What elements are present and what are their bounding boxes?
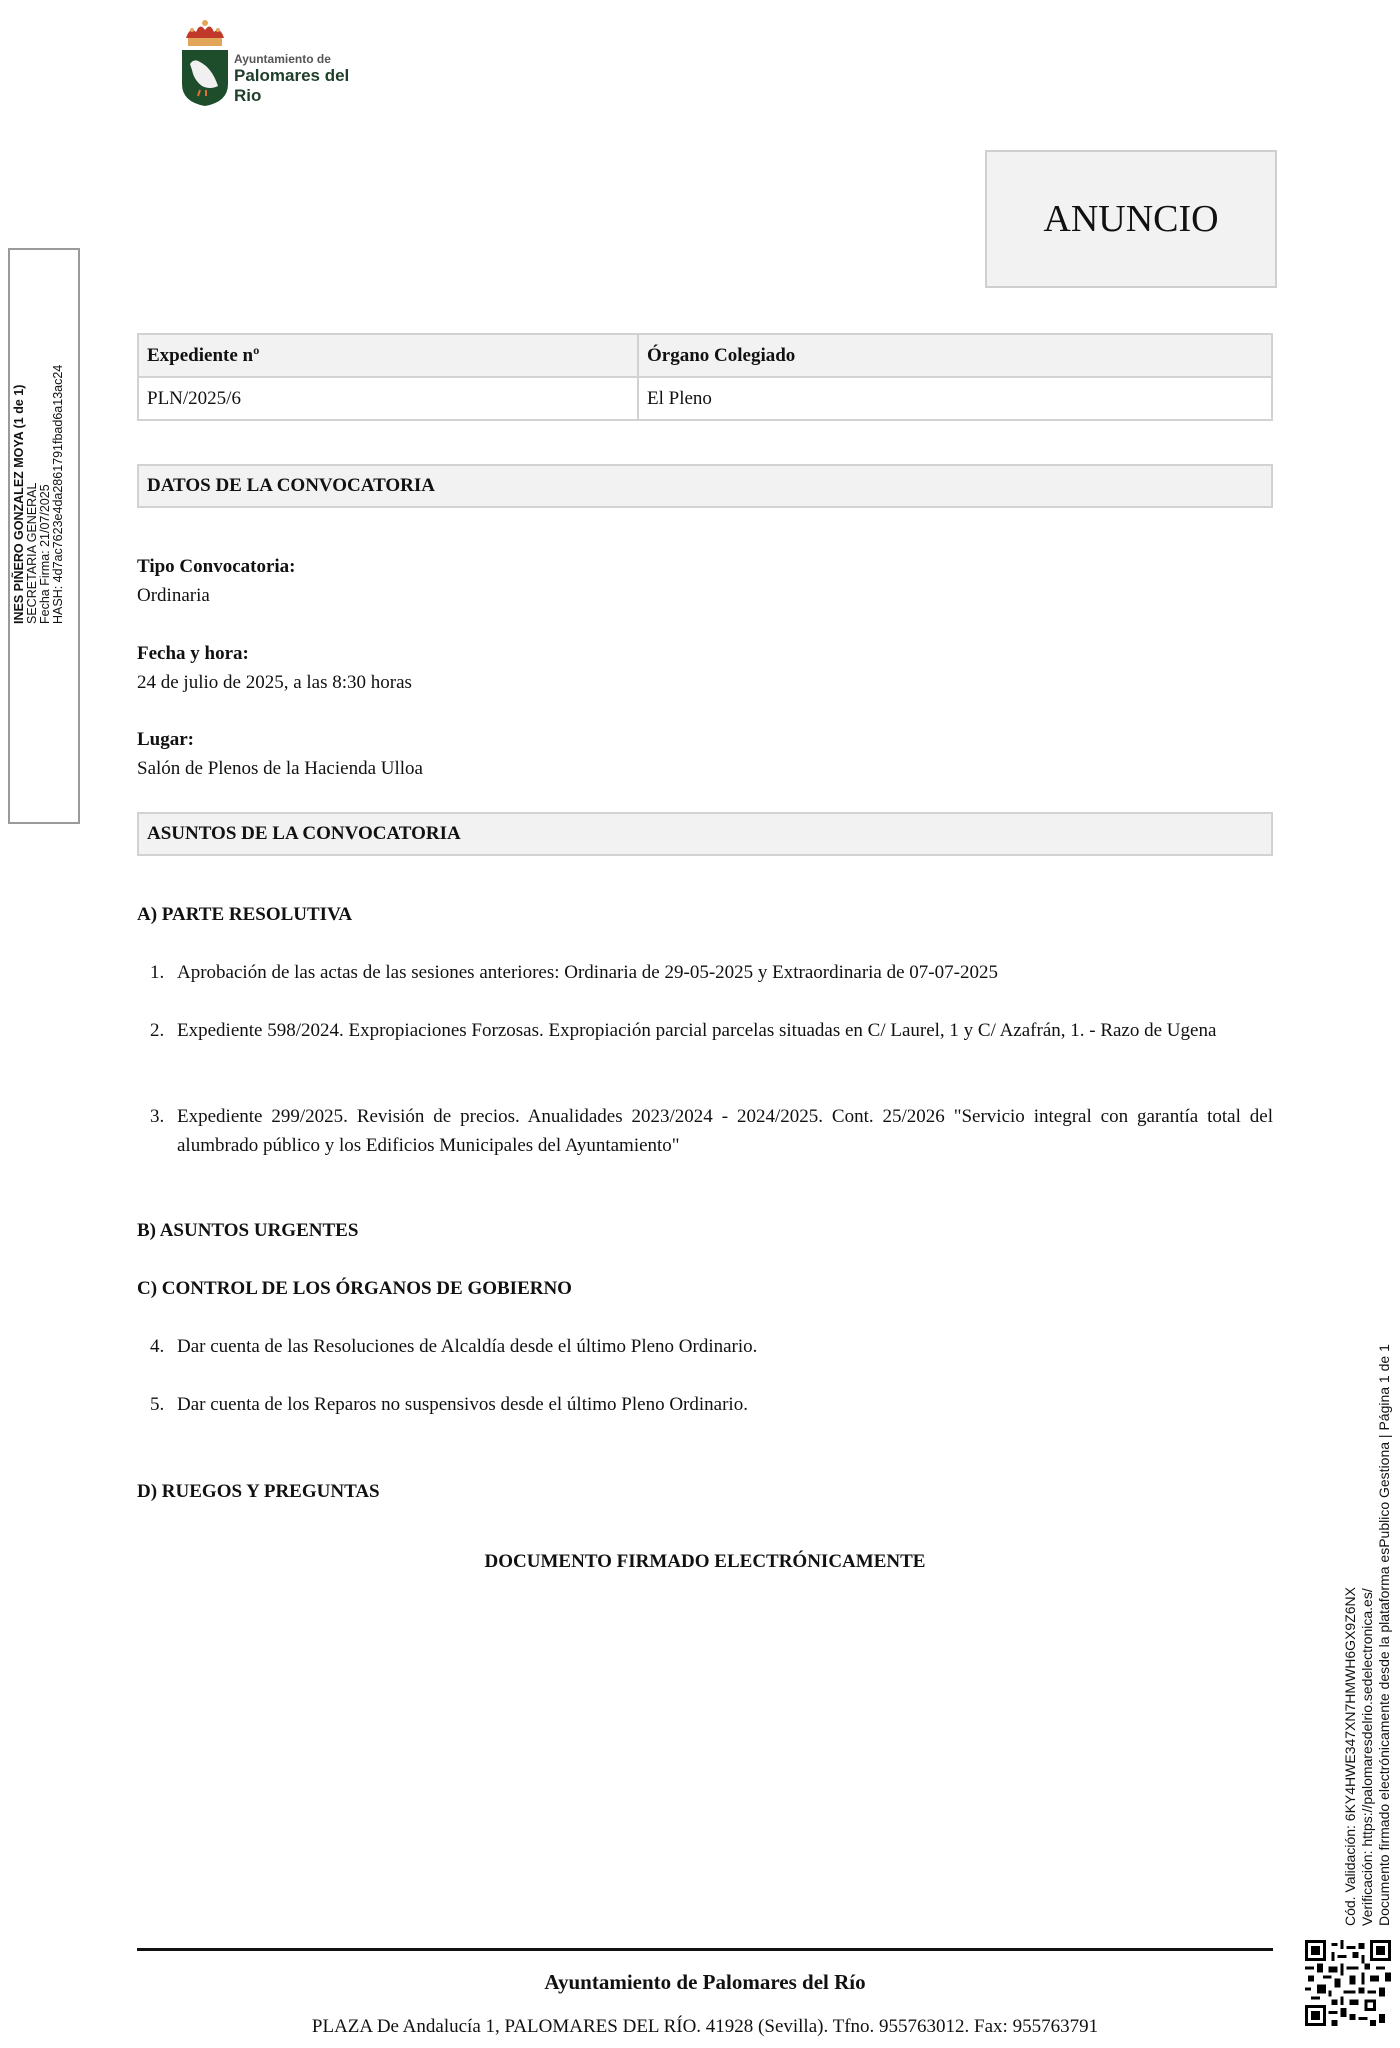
table-row: PLN/2025/6 El Pleno bbox=[138, 377, 1272, 420]
header-organo: Órgano Colegiado bbox=[638, 334, 1272, 377]
expediente-table: Expediente nº Órgano Colegiado PLN/2025/… bbox=[137, 333, 1273, 421]
sign-hash: HASH: 4d7ac7623e4da2861791fbad6a13ac24 bbox=[52, 365, 65, 624]
list-item: 4. Dar cuenta de las Resoluciones de Alc… bbox=[150, 1332, 1273, 1361]
list-item: 5. Dar cuenta de los Reparos no suspensi… bbox=[150, 1390, 1273, 1419]
section-a: A) PARTE RESOLUTIVA bbox=[137, 904, 352, 926]
municipality-logo: Ayuntamiento de Palomares del Rio bbox=[178, 18, 378, 110]
list-item: 2. Expediente 598/2024. Expropiaciones F… bbox=[150, 1016, 1273, 1045]
footer-divider bbox=[137, 1948, 1273, 1951]
section-c: C) CONTROL DE LOS ÓRGANOS DE GOBIERNO bbox=[137, 1278, 572, 1300]
validation-text: Cód. Validación: 6KY4HWE347XN7HMWH6GX9Z6… bbox=[1342, 1344, 1393, 1926]
document-title: ANUNCIO bbox=[985, 150, 1277, 288]
item-text: Expediente 299/2025. Revisión de precios… bbox=[177, 1102, 1273, 1160]
platform-note: Documento firmado electrónicamente desde… bbox=[1376, 1344, 1393, 1926]
logo-line1: Ayuntamiento de bbox=[234, 52, 331, 66]
item-text: Dar cuenta de los Reparos no suspensivos… bbox=[177, 1390, 1273, 1419]
datos-header: DATOS DE LA CONVOCATORIA bbox=[137, 464, 1273, 508]
field-value-fecha: 24 de julio de 2025, a las 8:30 horas bbox=[137, 672, 412, 694]
section-d: D) RUEGOS Y PREGUNTAS bbox=[137, 1481, 380, 1503]
footer-address: PLAZA De Andalucía 1, PALOMARES DEL RÍO.… bbox=[137, 2016, 1273, 2038]
field-label-tipo: Tipo Convocatoria: bbox=[137, 556, 296, 578]
asuntos-header: ASUNTOS DE LA CONVOCATORIA bbox=[137, 812, 1273, 856]
list-item: 1. Aprobación de las actas de las sesion… bbox=[150, 958, 1273, 987]
validation-code: Cód. Validación: 6KY4HWE347XN7HMWH6GX9Z6… bbox=[1342, 1344, 1359, 1926]
item-number: 2. bbox=[150, 1016, 177, 1045]
signature-text: INES PIÑERO GONZALEZ MOYA (1 de 1) SECRE… bbox=[13, 365, 65, 624]
field-label-fecha: Fecha y hora: bbox=[137, 643, 249, 665]
header-expediente: Expediente nº bbox=[138, 334, 638, 377]
qr-code-icon bbox=[1305, 1940, 1391, 2026]
footer-title: Ayuntamiento de Palomares del Río bbox=[137, 1970, 1273, 1995]
section-b: B) ASUNTOS URGENTES bbox=[137, 1220, 358, 1242]
field-value-tipo: Ordinaria bbox=[137, 585, 210, 607]
item-text: Aprobación de las actas de las sesiones … bbox=[177, 958, 1273, 987]
item-number: 4. bbox=[150, 1332, 177, 1361]
crown-icon bbox=[182, 20, 228, 48]
item-number: 3. bbox=[150, 1102, 177, 1160]
list-item: 3. Expediente 299/2025. Revisión de prec… bbox=[150, 1102, 1273, 1160]
table-header-row: Expediente nº Órgano Colegiado bbox=[138, 334, 1272, 377]
field-label-lugar: Lugar: bbox=[137, 729, 194, 751]
signed-notice: DOCUMENTO FIRMADO ELECTRÓNICAMENTE bbox=[137, 1551, 1273, 1573]
value-organo: El Pleno bbox=[638, 377, 1272, 420]
verification-url[interactable]: Verificación: https://palomaresdelrio.se… bbox=[1359, 1344, 1376, 1926]
shield-dove-icon bbox=[182, 50, 228, 106]
item-text: Expediente 598/2024. Expropiaciones Forz… bbox=[177, 1016, 1273, 1045]
value-expediente: PLN/2025/6 bbox=[138, 377, 638, 420]
logo-line2: Palomares del Rio bbox=[234, 66, 378, 106]
item-number: 5. bbox=[150, 1390, 177, 1419]
item-number: 1. bbox=[150, 958, 177, 987]
field-value-lugar: Salón de Plenos de la Hacienda Ulloa bbox=[137, 758, 423, 780]
item-text: Dar cuenta de las Resoluciones de Alcald… bbox=[177, 1332, 1273, 1361]
